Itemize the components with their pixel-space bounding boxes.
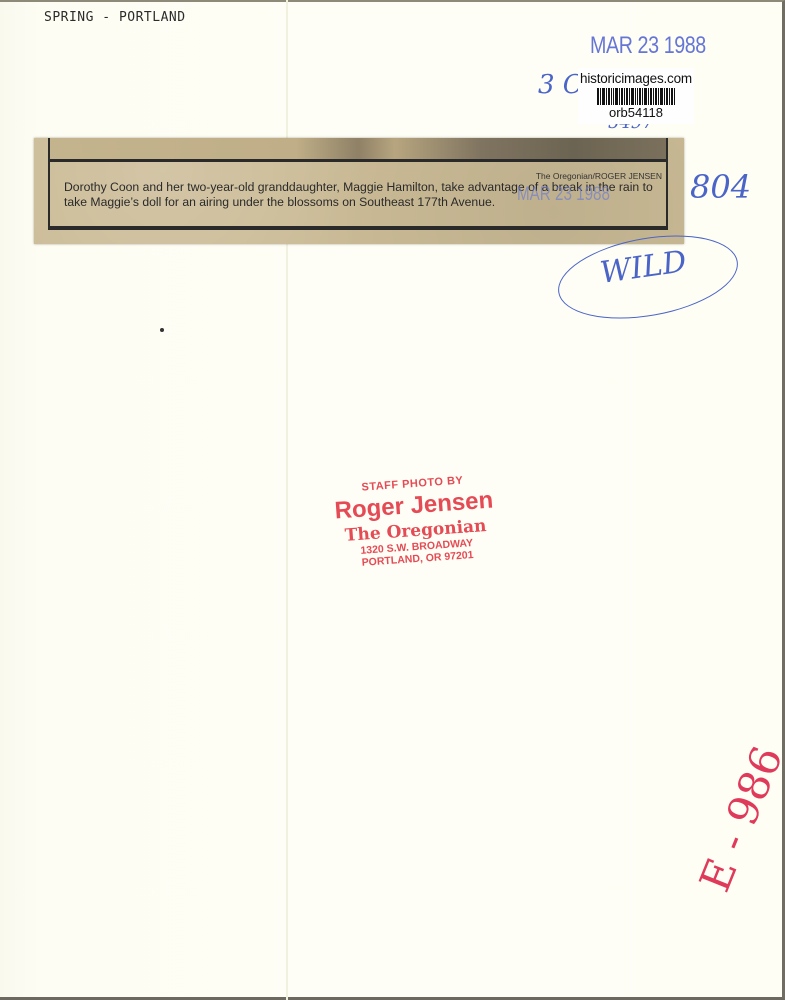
- newspaper-clipping: The Oregonian/ROGER JENSEN Dorothy Coon …: [34, 138, 684, 244]
- handwritten-note-right: 804: [690, 168, 751, 206]
- label-site: historicimages.com: [578, 71, 694, 86]
- clipping-frame-left: [48, 162, 50, 228]
- typed-subject-label: SPRING - PORTLAND: [44, 10, 186, 25]
- dust-speck: [160, 328, 164, 332]
- clipping-date-overstamp: MAR 23 1988: [517, 184, 610, 206]
- clipping-frame-right: [666, 162, 668, 228]
- clipping-frame-bottom: [48, 226, 668, 230]
- clipping-photo-strip: [48, 138, 668, 162]
- archive-label: historicimages.com orb54118: [578, 68, 694, 124]
- photographer-stamp: STAFF PHOTO BY Roger Jensen The Oregonia…: [307, 471, 523, 572]
- date-stamp: MAR 23 1988: [590, 32, 706, 60]
- barcode-icon: [584, 88, 688, 105]
- label-code: orb54118: [578, 105, 694, 120]
